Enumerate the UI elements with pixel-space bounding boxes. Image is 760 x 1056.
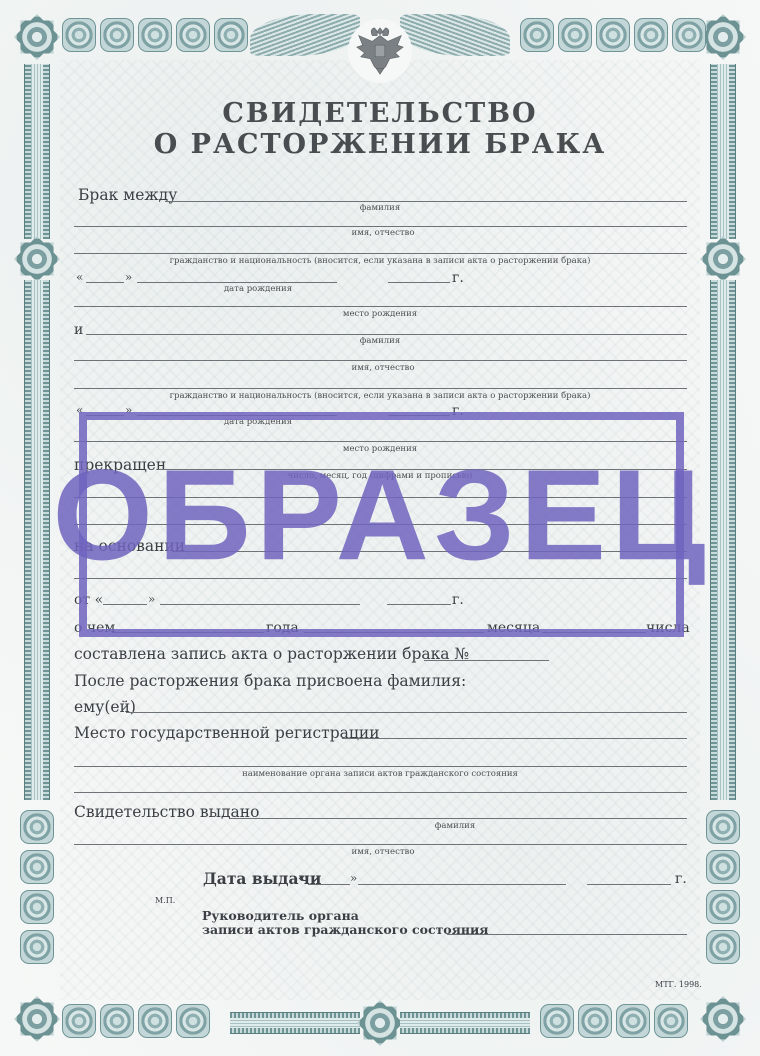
registration-place-field-line-2[interactable]	[74, 766, 687, 767]
person2-birth-day-field[interactable]	[86, 415, 124, 416]
issued-surname-field[interactable]	[230, 818, 687, 819]
document-title-line-1: СВИДЕТЕЛЬСТВО	[0, 98, 760, 129]
corner-rosette-top-right	[700, 14, 746, 60]
right-bottom-tile-column	[706, 810, 740, 990]
person2-birth-year-field[interactable]	[388, 415, 450, 416]
coat-of-arms-emblem	[343, 14, 417, 88]
registry-head-label-line-2: записи актов гражданского состояния	[202, 922, 489, 937]
corner-rosette-bottom-right	[700, 996, 746, 1042]
person2-name-field[interactable]	[74, 360, 687, 361]
person1-birth-month-field[interactable]	[137, 282, 337, 283]
registry-head-label-line-1: Руководитель органа	[202, 908, 359, 923]
person2-date-open-quote: «	[76, 403, 83, 417]
person2-year-suffix: г.	[452, 403, 464, 419]
left-bottom-tile-column	[20, 810, 54, 990]
registration-place-field-line-3[interactable]	[74, 792, 687, 793]
person2-birth-date-caption: дата рождения	[224, 417, 292, 427]
corner-rosette-bottom-left	[14, 996, 60, 1042]
record-number-label: составлена запись акта о расторжении бра…	[74, 645, 469, 663]
person1-citizenship-caption: гражданство и национальность (вносится, …	[170, 256, 591, 266]
registry-head-signature-field[interactable]	[447, 934, 687, 935]
person1-birth-place-field[interactable]	[74, 306, 687, 307]
from-close-quote: »	[148, 592, 155, 606]
person1-birth-date-caption: дата рождения	[224, 284, 292, 294]
from-label: от «	[74, 592, 103, 608]
basis-year-suffix: г.	[452, 592, 464, 608]
left-rosette-middle	[14, 236, 60, 282]
certificate-sheet: СВИДЕТЕЛЬСТВО О РАСТОРЖЕНИИ БРАКА Брак м…	[0, 0, 760, 1056]
record-number-field[interactable]	[424, 660, 549, 661]
issue-year-suffix: г.	[675, 871, 687, 887]
month-word: месяца	[487, 620, 540, 636]
document-title-line-2: О РАСТОРЖЕНИИ БРАКА	[0, 129, 760, 160]
person1-name-caption: имя, отчество	[352, 228, 415, 238]
top-left-tile-row	[62, 20, 248, 50]
marriage-between-label: Брак между	[78, 186, 177, 204]
bottom-rosette-center	[357, 1000, 403, 1046]
bottom-border-bar-left	[230, 1012, 360, 1034]
right-rosette-middle	[700, 236, 746, 282]
person2-date-close-quote: »	[125, 403, 132, 417]
issued-name-field[interactable]	[74, 844, 687, 845]
registration-place-label: Место государственной регистрации	[74, 724, 380, 742]
bottom-left-tile-row	[62, 1006, 210, 1036]
record-year-field[interactable]	[112, 632, 264, 633]
person2-surname-field[interactable]	[86, 334, 687, 335]
surname-after-divorce-label: После расторжения брака присвоена фамили…	[74, 672, 466, 690]
person1-birth-day-field[interactable]	[86, 282, 124, 283]
person1-citizenship-field[interactable]	[74, 253, 687, 254]
to-him-her-label: ему(ей)	[74, 698, 136, 716]
top-right-tile-row	[520, 20, 706, 50]
left-border-bar	[24, 280, 50, 800]
sample-stamp-text: ОБРАЗЕЦ	[53, 450, 707, 579]
issued-surname-caption: фамилия	[435, 821, 475, 831]
person2-citizenship-field[interactable]	[74, 388, 687, 389]
registry-caption: наименование органа записи актов граждан…	[242, 769, 518, 779]
person1-birth-year-field[interactable]	[388, 282, 450, 283]
bottom-right-tile-row	[540, 1006, 688, 1036]
basis-year-field[interactable]	[387, 604, 451, 605]
person1-name-field[interactable]	[74, 226, 687, 227]
issue-year-field[interactable]	[587, 884, 671, 885]
person2-surname-caption: фамилия	[360, 336, 400, 346]
russian-coat-of-arms-icon	[351, 22, 409, 80]
issue-date-close-quote: »	[350, 871, 357, 885]
person2-citizenship-caption: гражданство и национальность (вносится, …	[170, 391, 591, 401]
right-border-bar	[710, 280, 736, 800]
issue-day-field[interactable]	[308, 884, 350, 885]
record-month-field[interactable]	[304, 632, 484, 633]
basis-month-field[interactable]	[160, 604, 360, 605]
registration-place-field[interactable]	[342, 738, 687, 739]
record-day-field[interactable]	[542, 632, 646, 633]
issue-date-open-quote: «	[298, 871, 305, 885]
day-word: числа	[646, 620, 690, 636]
person1-year-suffix: г.	[452, 270, 464, 286]
basis-day-field[interactable]	[103, 604, 147, 605]
print-code: МТГ. 1998.	[655, 980, 702, 989]
person1-date-close-quote: »	[125, 270, 132, 284]
new-surname-field[interactable]	[126, 712, 687, 713]
bottom-border-bar-right	[400, 1012, 530, 1034]
person2-name-caption: имя, отчество	[352, 363, 415, 373]
person1-birth-place-caption: место рождения	[343, 309, 417, 319]
issued-name-caption: имя, отчество	[352, 847, 415, 857]
person1-surname-caption: фамилия	[360, 203, 400, 213]
person1-date-open-quote: «	[76, 270, 83, 284]
issue-month-field[interactable]	[358, 884, 566, 885]
year-word: года	[266, 620, 299, 636]
about-which-label: о чем	[74, 620, 115, 636]
corner-rosette-top-left	[14, 14, 60, 60]
and-label: и	[74, 322, 83, 338]
person2-birth-month-field[interactable]	[137, 415, 337, 416]
seal-place-mark: М.П.	[155, 896, 175, 905]
person1-surname-field[interactable]	[165, 201, 687, 202]
